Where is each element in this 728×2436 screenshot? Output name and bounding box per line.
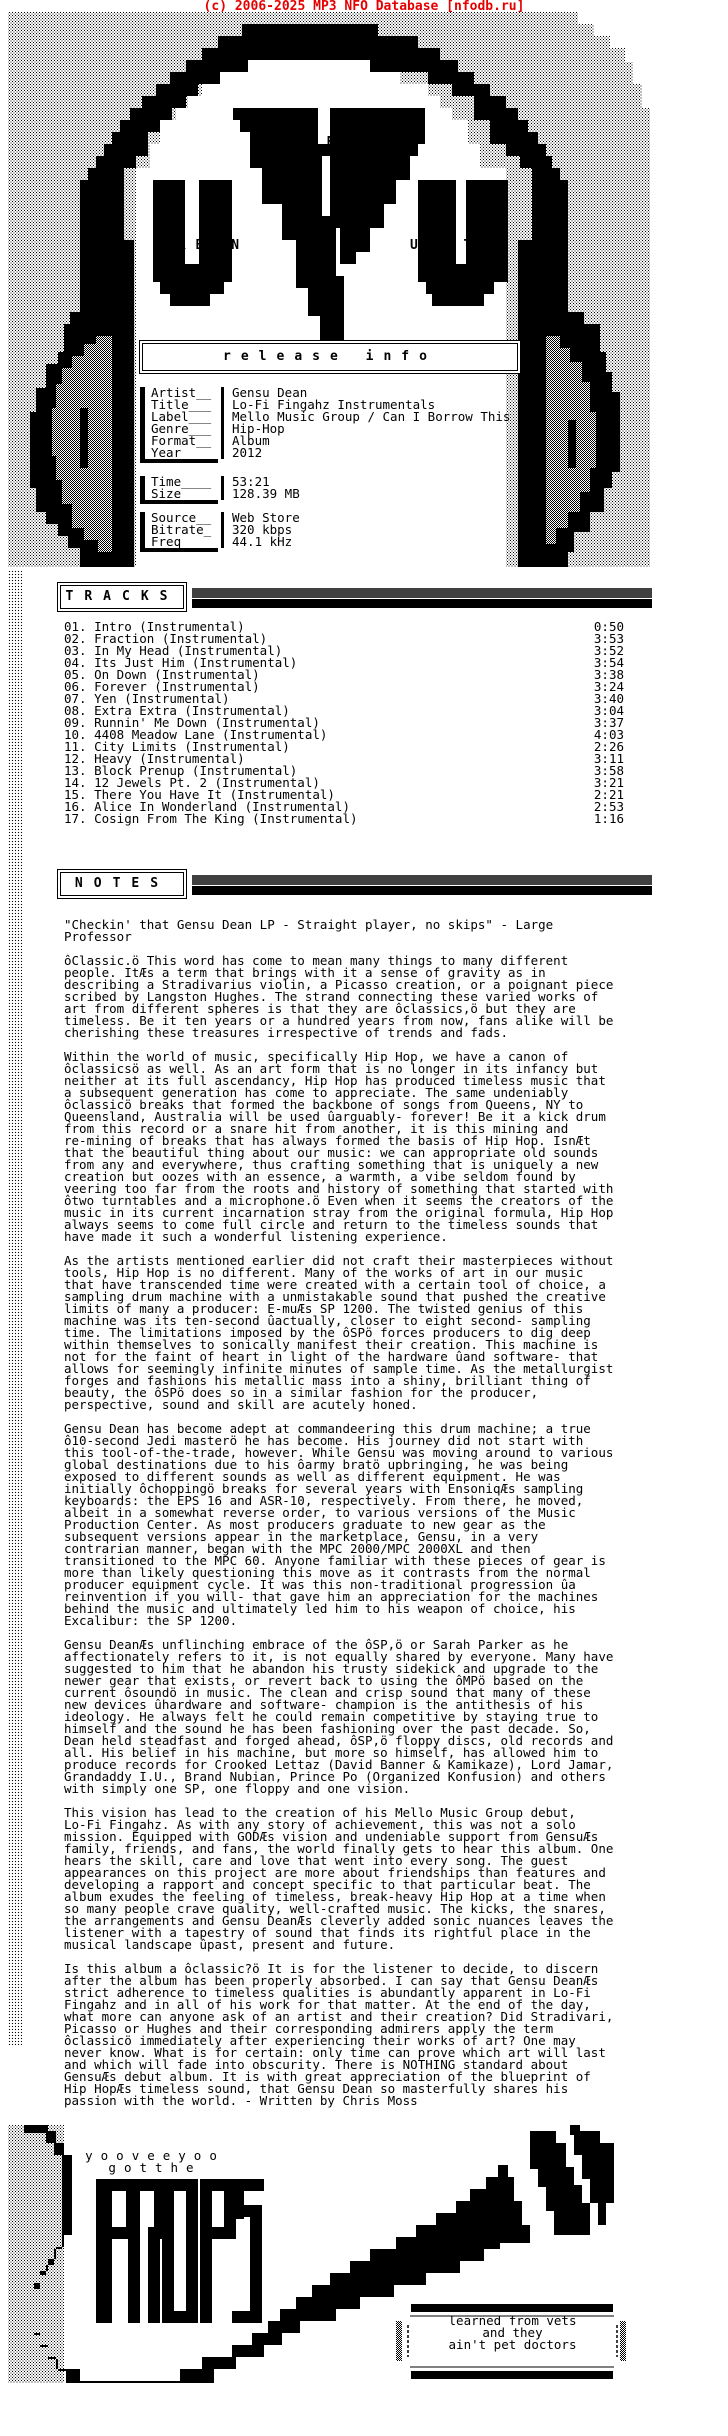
info-key: Year____ xyxy=(140,447,221,459)
notes-paragraph: As the artists mentioned earlier did not… xyxy=(64,1255,684,1411)
freq-value: 44.1 kHz xyxy=(232,536,292,548)
header-solid-bar xyxy=(192,599,652,608)
tracks-section-header: TRACKS xyxy=(57,582,652,608)
info-row-size: Size____128.39 MB xyxy=(140,488,300,500)
release-info-group-size: Time____53:21 Size____128.39 MB xyxy=(140,476,300,504)
notes-paragraph: Is this album a ôclassic?ö It is for the… xyxy=(64,1963,684,2107)
info-key: Size____ xyxy=(140,488,221,500)
release-info-group-main: Artist__Gensu Dean Title___Lo-Fi Fingahz… xyxy=(140,387,510,463)
track-duration: 1:16 xyxy=(594,813,624,825)
header-dither-bar xyxy=(192,588,652,598)
notes-paragraph: "Checkin' that Gensu Dean LP - Straight … xyxy=(64,919,684,943)
notes-paragraph: Gensu DeanÆs unflinching embrace of the … xyxy=(64,1639,684,1795)
props-caption: yooveeyoo gotthe xyxy=(75,2150,235,2174)
left-dither-strip xyxy=(8,570,22,2045)
size-value: 128.39 MB xyxy=(232,488,300,500)
footer-tagline: learned from vets and they ain't pet doc… xyxy=(410,2315,615,2351)
headphones-logo-graphic xyxy=(0,12,728,567)
info-row-freq: Freq____44.1 kHz xyxy=(140,536,300,548)
notes-paragraph: ôClassic.ö This word has come to mean ma… xyxy=(64,955,684,1039)
notes-paragraph: This vision has lead to the creation of … xyxy=(64,1807,684,1951)
notes-paragraph: Gensu Dean has become adept at commandee… xyxy=(64,1423,684,1627)
logo-left-word: URBAN xyxy=(160,238,249,253)
release-info-group-audio: Source__Web Store Bitrate_320 kbps Freq_… xyxy=(140,512,300,552)
notes-section-header: NOTES xyxy=(57,869,652,895)
track-title: 17. Cosign From The King (Instrumental) xyxy=(64,813,358,825)
props-line-2: gotthe xyxy=(75,2162,235,2174)
info-row-year: Year____2012 xyxy=(140,447,510,459)
notes-body: "Checkin' that Gensu Dean LP - Straight … xyxy=(64,919,684,2119)
logo-right-word: UNITED xyxy=(410,238,517,253)
track-row: 17. Cosign From The King (Instrumental)1… xyxy=(64,813,624,825)
header-dither-bar xyxy=(192,875,652,885)
tracklist: 01. Intro (Instrumental)0:5002. Fraction… xyxy=(64,621,624,825)
uvu-logo-art: VETERANS URBAN UNITED xyxy=(0,12,728,567)
tagline-line-3: ain't pet doctors xyxy=(410,2339,615,2351)
notes-heading: NOTES xyxy=(57,869,187,899)
tracks-heading: TRACKS xyxy=(57,582,187,612)
notes-paragraph: Within the world of music, specifically … xyxy=(64,1051,684,1243)
release-info-heading: release info xyxy=(139,340,521,374)
year-value: 2012 xyxy=(232,447,262,459)
info-key: Freq____ xyxy=(140,536,221,548)
header-solid-bar xyxy=(192,886,652,895)
logo-top-word: VETERANS xyxy=(273,135,416,150)
